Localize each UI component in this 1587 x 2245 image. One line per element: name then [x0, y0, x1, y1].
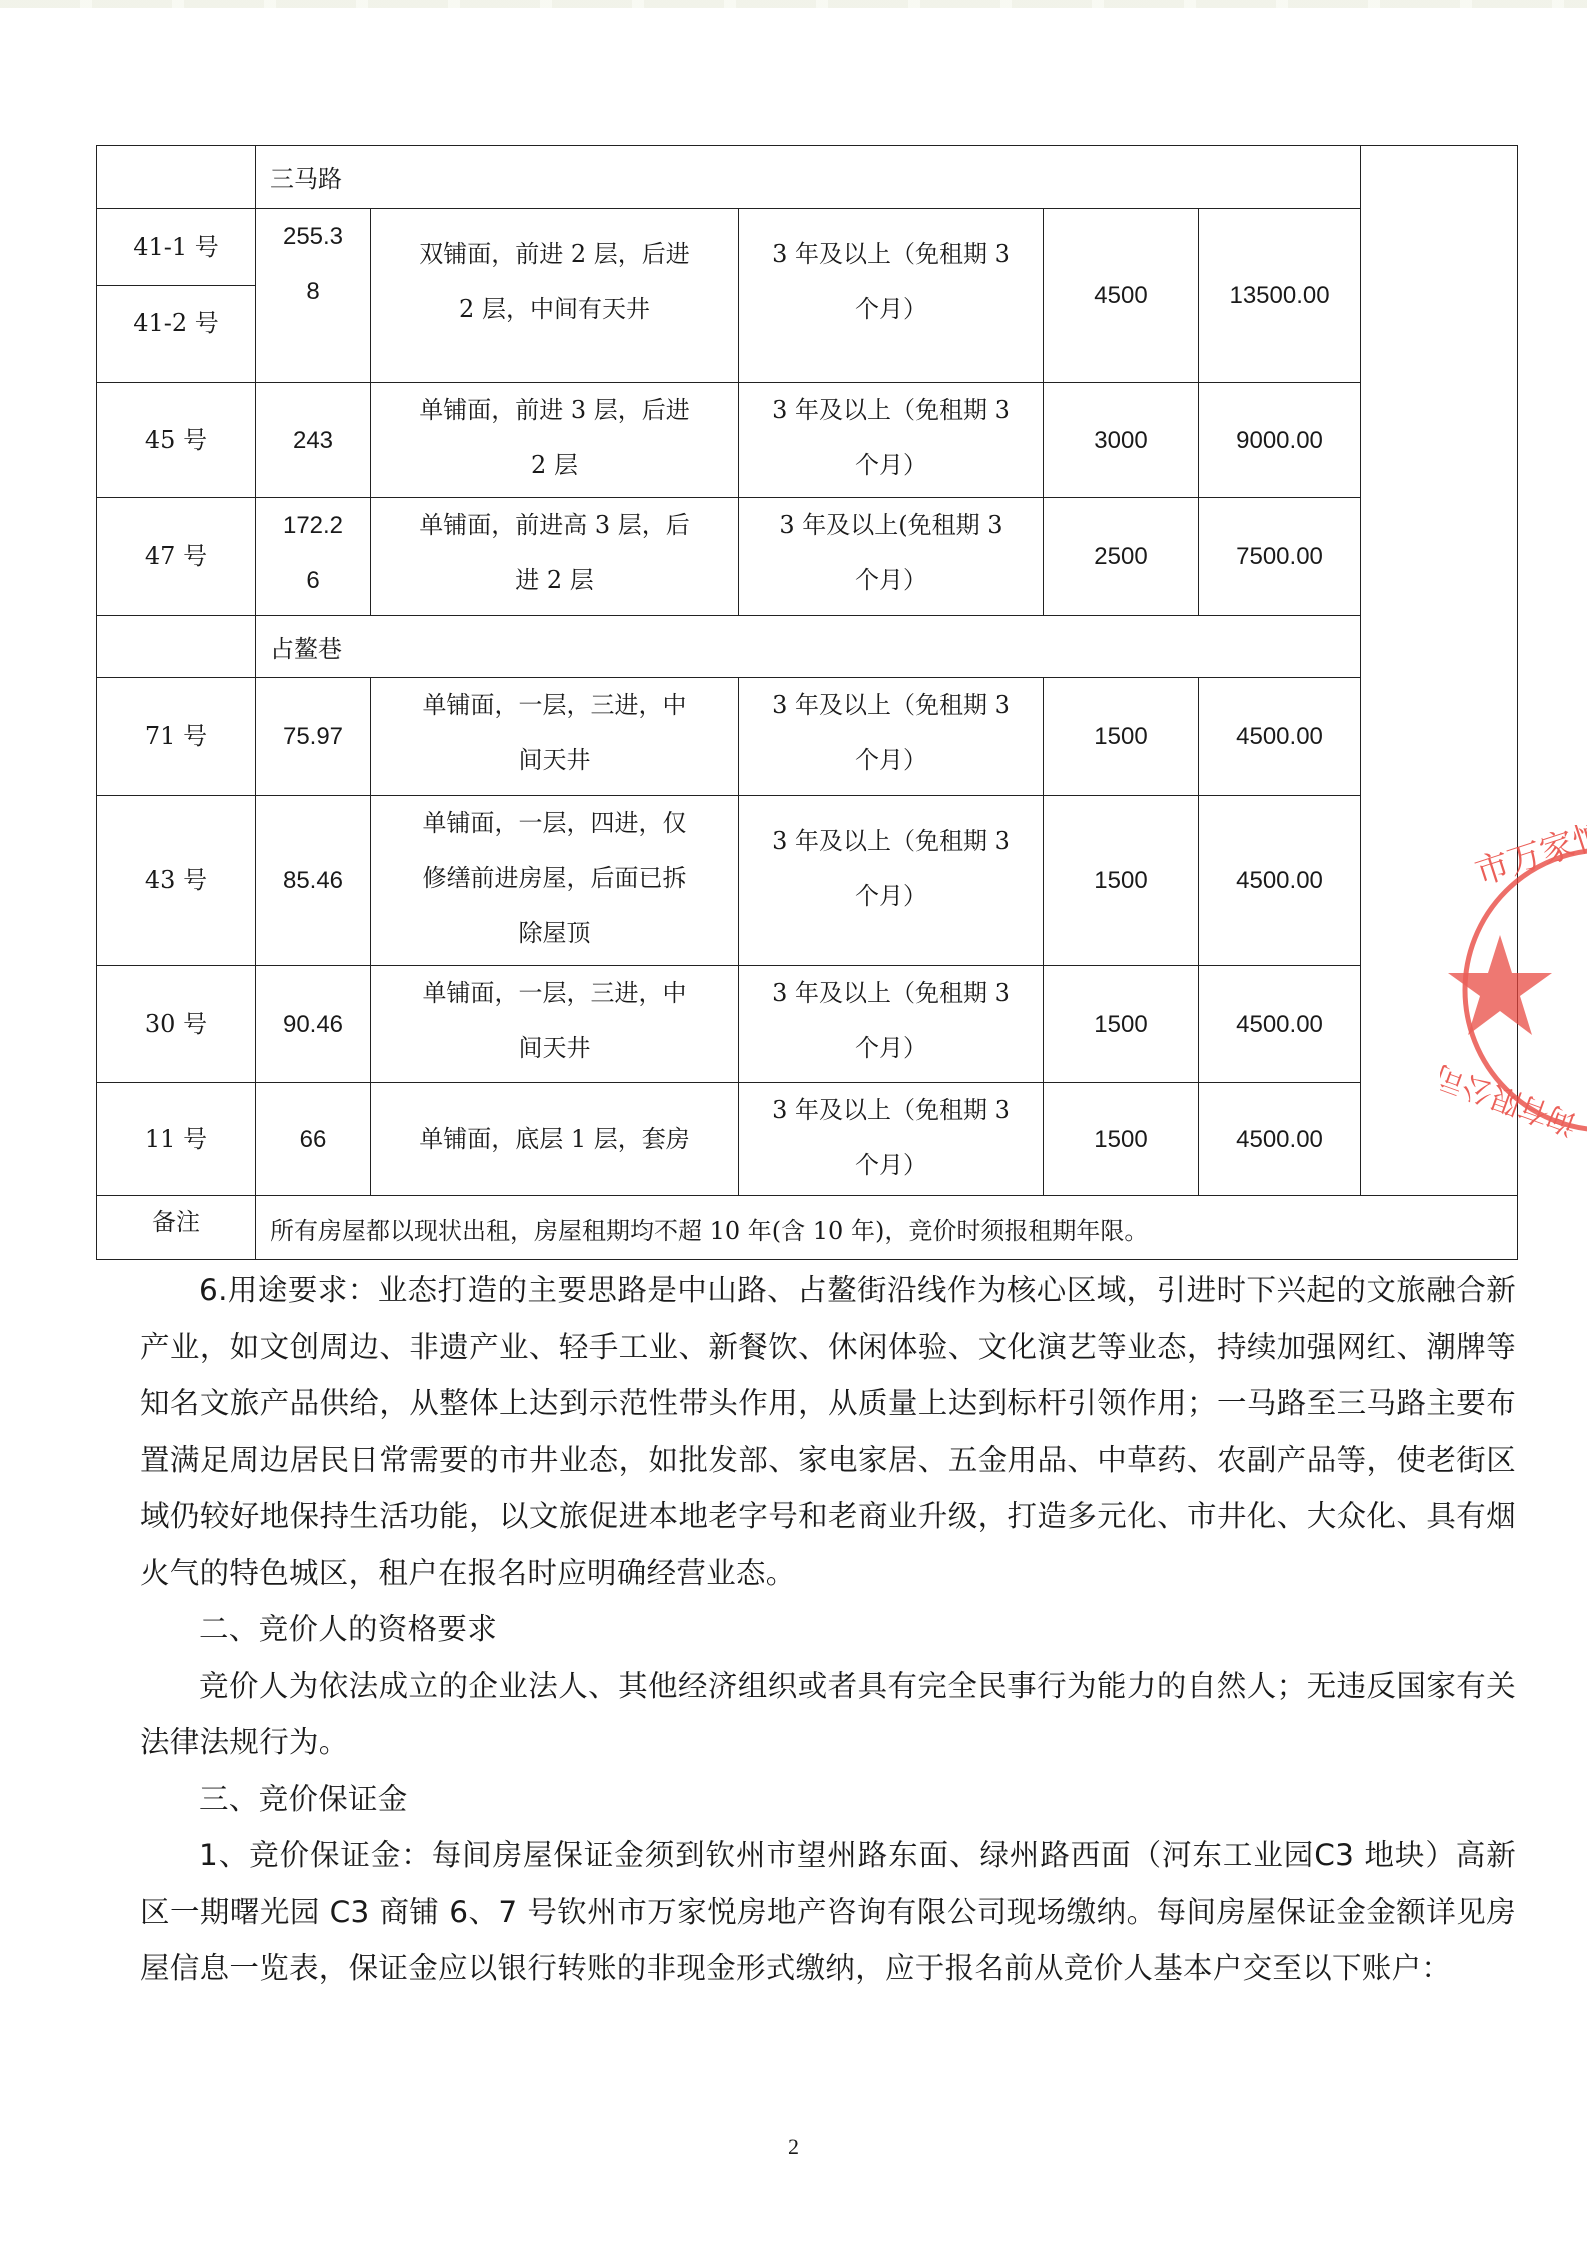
term-line: 3 年及以上（免租期 3 [749, 1083, 1033, 1138]
rent-cell: 4500.00 [1199, 678, 1361, 796]
desc-cell: 双铺面，前进 2 层，后进 2 层，中间有天井 [371, 209, 739, 383]
deposit-cell: 4500 [1044, 209, 1199, 383]
term-line: 个月） [749, 1138, 1033, 1193]
term-cell: 3 年及以上(免租期 3 个月） [739, 498, 1044, 616]
area-line: 172.2 [256, 498, 370, 553]
term-line: 3 年及以上（免租期 3 [749, 227, 1033, 282]
section-heading-deposit: 三、竞价保证金 [140, 1771, 1516, 1828]
table-row: 71 号 75.97 单铺面，一层，三进，中 间天井 3 年及以上（免租期 3 … [97, 678, 1518, 796]
desc-line: 除屋顶 [381, 906, 728, 961]
table-row: 11 号 66 单铺面，底层 1 层，套房 3 年及以上（免租期 3 个月） 1… [97, 1083, 1518, 1196]
scan-artifact-top [0, 0, 1587, 8]
area-cell: 255.3 8 [256, 209, 371, 383]
deposit-cell: 2500 [1044, 498, 1199, 616]
term-line: 3 年及以上(免租期 3 [749, 498, 1033, 553]
area-cell: 85.46 [256, 796, 371, 966]
house-no: 41-1 号 [97, 209, 256, 286]
term-line: 个月） [749, 553, 1033, 608]
house-no: 43 号 [97, 796, 256, 966]
rent-cell: 4500.00 [1199, 796, 1361, 966]
term-line: 个月） [749, 869, 1033, 924]
area-cell: 172.2 6 [256, 498, 371, 616]
term-line: 个月） [749, 282, 1033, 337]
term-cell: 3 年及以上（免租期 3 个月） [739, 966, 1044, 1083]
desc-line: 单铺面，一层，四进，仅 [381, 796, 728, 851]
extra-blank-column [1361, 146, 1518, 1196]
qualifications-paragraph: 竞价人为依法成立的企业法人、其他经济组织或者具有完全民事行为能力的自然人；无违反… [140, 1658, 1516, 1771]
table-row: 45 号 243 单铺面，前进 3 层，后进 2 层 3 年及以上（免租期 3 … [97, 383, 1518, 498]
house-no: 47 号 [97, 498, 256, 616]
desc-line: 进 2 层 [381, 553, 728, 608]
note-label: 备注 [97, 1196, 256, 1260]
term-cell: 3 年及以上（免租期 3 个月） [739, 796, 1044, 966]
desc-line: 修缮前进房屋，后面已拆 [381, 851, 728, 906]
table-row: 30 号 90.46 单铺面，一层，三进，中 间天井 3 年及以上（免租期 3 … [97, 966, 1518, 1083]
note-text: 所有房屋都以现状出租，房屋租期均不超 10 年(含 10 年)，竞价时须报租期年… [256, 1196, 1518, 1260]
table-row: 47 号 172.2 6 单铺面，前进高 3 层，后 进 2 层 3 年及以上(… [97, 498, 1518, 616]
desc-line: 间天井 [381, 1021, 728, 1076]
term-line: 个月） [749, 438, 1033, 493]
desc-cell: 单铺面，底层 1 层，套房 [371, 1083, 739, 1196]
desc-cell: 单铺面，前进 3 层，后进 2 层 [371, 383, 739, 498]
area-cell: 243 [256, 383, 371, 498]
term-line: 个月） [749, 733, 1033, 788]
rent-cell: 9000.00 [1199, 383, 1361, 498]
note-row: 备注 所有房屋都以现状出租，房屋租期均不超 10 年(含 10 年)，竞价时须报… [97, 1196, 1518, 1260]
desc-line: 2 层 [381, 438, 728, 493]
rent-cell: 4500.00 [1199, 966, 1361, 1083]
section-title: 三马路 [256, 146, 1361, 209]
page-number: 2 [0, 2134, 1587, 2160]
term-line: 3 年及以上（免租期 3 [749, 966, 1033, 1021]
desc-line: 单铺面，一层，三进，中 [381, 966, 728, 1021]
area-cell: 75.97 [256, 678, 371, 796]
term-cell: 3 年及以上（免租期 3 个月） [739, 1083, 1044, 1196]
house-no: 71 号 [97, 678, 256, 796]
area-line: 6 [256, 553, 370, 608]
area-line: 8 [256, 264, 370, 319]
section-row-sanmalu: 三马路 [97, 146, 1518, 209]
area-cell: 66 [256, 1083, 371, 1196]
table-row: 43 号 85.46 单铺面，一层，四进，仅 修缮前进房屋，后面已拆 除屋顶 3… [97, 796, 1518, 966]
term-cell: 3 年及以上（免租期 3 个月） [739, 383, 1044, 498]
desc-line: 双铺面，前进 2 层，后进 [381, 227, 728, 282]
document-body: 6.用途要求：业态打造的主要思路是中山路、占鳌街沿线作为核心区域，引进时下兴起的… [140, 1262, 1516, 1997]
table-row: 41-1 号 255.3 8 双铺面，前进 2 层，后进 2 层，中间有天井 3… [97, 209, 1518, 286]
deposit-cell: 1500 [1044, 796, 1199, 966]
house-no: 11 号 [97, 1083, 256, 1196]
usage-requirements-paragraph: 6.用途要求：业态打造的主要思路是中山路、占鳌街沿线作为核心区域，引进时下兴起的… [140, 1262, 1516, 1601]
deposit-cell: 1500 [1044, 966, 1199, 1083]
area-cell: 90.46 [256, 966, 371, 1083]
rent-cell: 4500.00 [1199, 1083, 1361, 1196]
rent-cell: 7500.00 [1199, 498, 1361, 616]
section-heading-qualifications: 二、竞价人的资格要求 [140, 1601, 1516, 1658]
deposit-paragraph: 1、竞价保证金：每间房屋保证金须到钦州市望州路东面、绿州路西面（河东工业园C3 … [140, 1827, 1516, 1997]
desc-cell: 单铺面，一层，四进，仅 修缮前进房屋，后面已拆 除屋顶 [371, 796, 739, 966]
house-no: 45 号 [97, 383, 256, 498]
desc-line: 单铺面，底层 1 层，套房 [381, 1112, 728, 1167]
property-rent-table: 三马路 41-1 号 255.3 8 双铺面，前进 2 层，后进 2 层，中间有… [96, 145, 1518, 1260]
house-no: 41-2 号 [97, 286, 256, 383]
desc-cell: 单铺面，一层，三进，中 间天井 [371, 678, 739, 796]
term-line: 3 年及以上（免租期 3 [749, 678, 1033, 733]
deposit-cell: 1500 [1044, 1083, 1199, 1196]
rent-cell: 13500.00 [1199, 209, 1361, 383]
area-line: 255.3 [256, 209, 370, 264]
section-blank-cell [97, 146, 256, 209]
desc-line: 单铺面，前进高 3 层，后 [381, 498, 728, 553]
deposit-cell: 1500 [1044, 678, 1199, 796]
desc-cell: 单铺面，前进高 3 层，后 进 2 层 [371, 498, 739, 616]
term-cell: 3 年及以上（免租期 3 个月） [739, 209, 1044, 383]
desc-cell: 单铺面，一层，三进，中 间天井 [371, 966, 739, 1083]
section-title: 占鳌巷 [256, 616, 1361, 678]
section-blank-cell [97, 616, 256, 678]
term-cell: 3 年及以上（免租期 3 个月） [739, 678, 1044, 796]
section-row-zhanaoxiang: 占鳌巷 [97, 616, 1518, 678]
desc-line: 单铺面，前进 3 层，后进 [381, 383, 728, 438]
desc-line: 间天井 [381, 733, 728, 788]
term-line: 3 年及以上（免租期 3 [749, 383, 1033, 438]
deposit-cell: 3000 [1044, 383, 1199, 498]
term-line: 个月） [749, 1021, 1033, 1076]
desc-line: 2 层，中间有天井 [381, 282, 728, 337]
house-no: 30 号 [97, 966, 256, 1083]
desc-line: 单铺面，一层，三进，中 [381, 678, 728, 733]
term-line: 3 年及以上（免租期 3 [749, 814, 1033, 869]
